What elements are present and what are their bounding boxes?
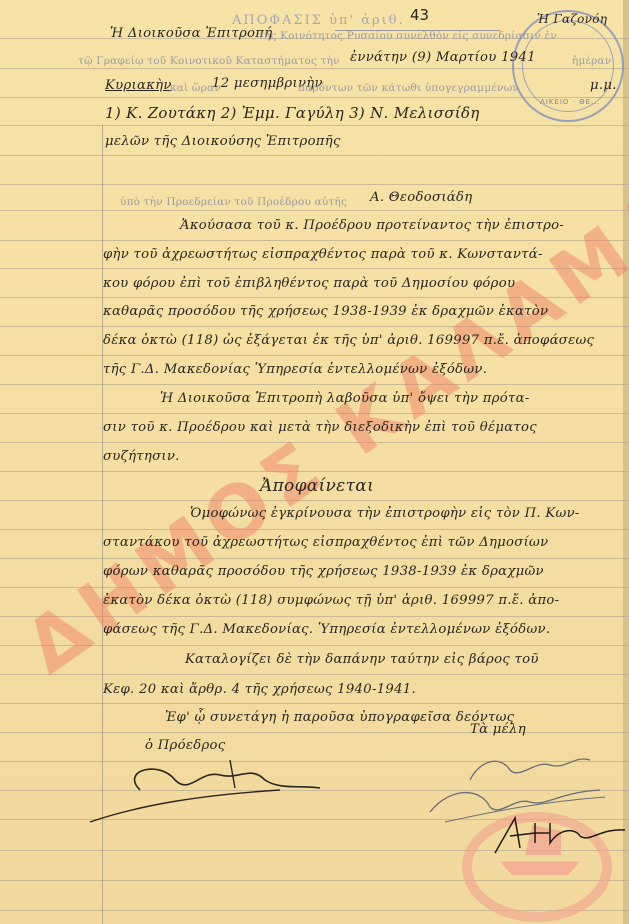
- handwritten-text: καθαρᾶς προσόδου τῆς χρήσεως 1938-1939 ἐ…: [103, 304, 548, 319]
- ruled-line: [0, 184, 629, 185]
- handwritten-text: Ἡ Γαζονόη: [537, 12, 607, 26]
- section-heading: Ἀποφαίνεται: [260, 476, 374, 496]
- member-signature-3: [480, 808, 629, 858]
- printed-text: ὑπὸ τὴν Προεδρείαν τοῦ Προέδρου αὐτῆς: [120, 196, 347, 208]
- handwritten-text: κου φόρου ἐπὶ τοῦ ἐπιβληθέντος παρὰ τοῦ …: [103, 276, 515, 291]
- handwritten-text: Ὁμοφώνως ἐγκρίνουσα τὴν ἐπιστροφὴν εἰς τ…: [190, 506, 580, 521]
- ruled-line: [0, 125, 629, 126]
- handwritten-text: Καταλογίζει δὲ τὴν δαπάνην ταύτην εἰς βά…: [185, 652, 539, 667]
- stamp-text: ΛΙΚΕΙΟ · ΘΕ...: [540, 98, 601, 106]
- handwritten-text: ἑκατὸν δέκα ὀκτὼ (118) συμφώνως τῇ ὑπ' ἀ…: [103, 593, 559, 608]
- ruled-line: [0, 558, 629, 559]
- handwritten-text: Κυριακὴν: [105, 78, 172, 93]
- handwritten-text: σιν τοῦ κ. Προέδρου καὶ μετὰ τὴν διεξοδι…: [103, 420, 537, 435]
- printed-text: ἡμέραν: [572, 55, 611, 67]
- page-edge: [623, 0, 629, 924]
- handwritten-text: μ.μ.: [590, 78, 617, 93]
- printed-text: τῷ Γραφείῳ τοῦ Κοινοτικοῦ Καταστήματος τ…: [78, 55, 340, 67]
- printed-text: τῆς Κοινότητος Ρυσσίου συνελθὸν εἰς συνε…: [258, 30, 557, 42]
- document-page: ΔΗΜΟΣ ΚΑΛΑΜΑΡΙΑΣ ΑΠΟΦΑΣΙΣ ὑπ' ἀριθ. 43 Λ…: [0, 0, 629, 924]
- handwritten-text: σταντάκου τοῦ ἀχρεωστήτως εἰσπραχθέντος …: [103, 535, 548, 550]
- handwritten-text: συζήτησιν.: [103, 449, 180, 464]
- members-label: Τὰ μέλη: [470, 722, 526, 737]
- handwritten-text: μελῶν τῆς Διοικούσης Ἐπιτροπῆς: [105, 134, 341, 149]
- ruled-line: [0, 732, 629, 733]
- handwritten-text: φόρων καθαρᾶς προσόδου τῆς χρήσεως 1938-…: [103, 564, 544, 579]
- page-number: 43: [410, 6, 429, 24]
- handwritten-text: Κεφ. 20 καὶ ἄρθρ. 4 τῆς χρήσεως 1940-194…: [103, 682, 416, 697]
- ruled-line: [0, 210, 629, 211]
- ruled-line: [0, 155, 629, 156]
- ruled-line: [0, 529, 629, 530]
- handwritten-text: Ἡ Διοικοῦσα Ἐπιτροπὴ λαβοῦσα ὑπ' ὄψει τὴ…: [160, 391, 530, 406]
- ruled-line: [0, 240, 629, 241]
- printed-text: παρόντων τῶν κάτωθι ὑπογεγραμμένων: [298, 82, 519, 94]
- handwritten-text: Ἐφ' ᾧ συνετάγη ἡ παροῦσα ὑπογραφεῖσα δεό…: [165, 710, 514, 725]
- handwritten-text: τῆς Γ.Δ. Μακεδονίας Ὑπηρεσία ἐντελλομένω…: [103, 362, 487, 377]
- president-signature: [80, 750, 330, 830]
- ruled-line: [0, 674, 629, 675]
- ruled-line: [0, 703, 629, 704]
- handwritten-text: φὴν τοῦ ἀχρεωστήτως εἰσπραχθέντος παρὰ τ…: [103, 247, 543, 262]
- ruled-line: [0, 384, 629, 385]
- handwritten-text: δέκα ὀκτὼ (118) ὡς ἐξάγεται ἐκ τῆς ὑπ' ἀ…: [103, 333, 594, 348]
- handwritten-text: Ἡ Διοικοῦσα Ἐπιτροπή: [110, 26, 272, 41]
- handwritten-text: ἐννάτην (9) Μαρτίου 1941: [350, 50, 536, 65]
- handwritten-text: Ἀκούσασα τοῦ κ. Προέδρου προτείναντος τὴ…: [180, 218, 564, 233]
- handwritten-text: Α. Θεοδοσιάδη: [370, 190, 472, 205]
- handwritten-text: 1) Κ. Ζουτάκη 2) Ἐμμ. Γαγύλη 3) Ν. Μελισ…: [105, 104, 480, 122]
- handwritten-text: φάσεως τῆς Γ.Δ. Μακεδονίας. Ὑπηρεσία ἐντ…: [103, 622, 550, 637]
